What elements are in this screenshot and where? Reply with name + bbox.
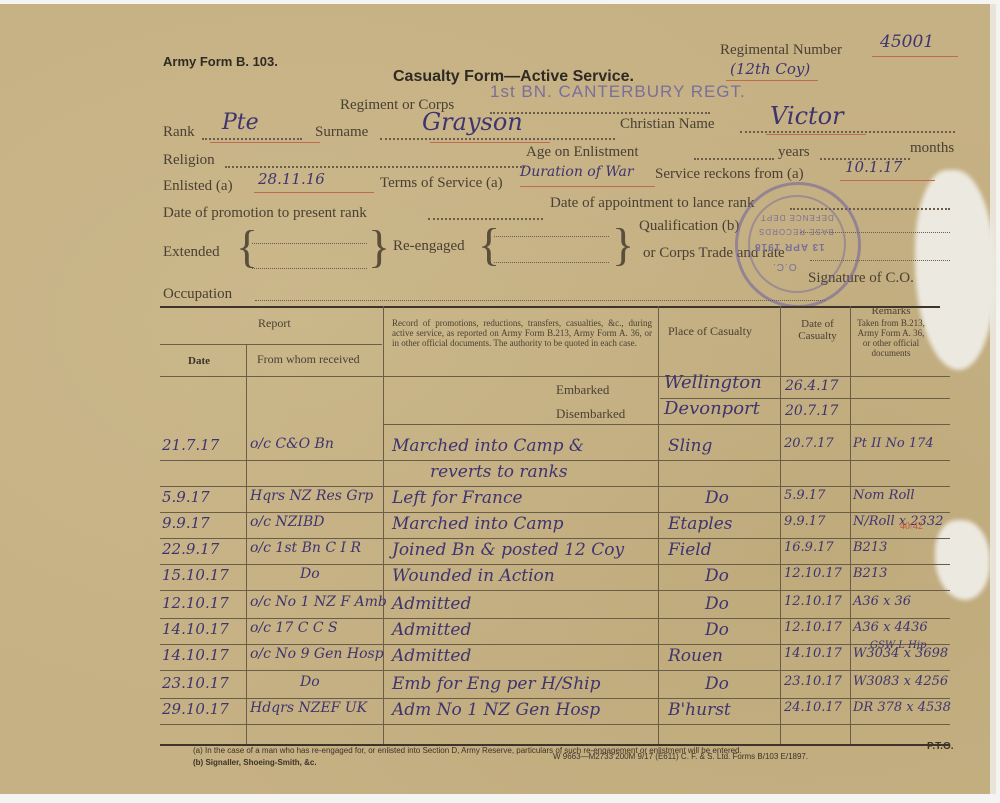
disembarked-date: 20.7.17 [785,403,838,419]
cell-record: Emb for Eng per H/Ship [392,674,600,694]
reengaged-label: Re-engaged [393,238,465,255]
months-label: months [910,140,954,157]
cell-record: Left for France [392,488,523,508]
underline [430,142,550,143]
column-divider [850,306,851,744]
row-divider [160,644,950,645]
underline [766,134,866,135]
cell-date: 12.10.17 [162,594,229,612]
cell-date-cas: 14.10.17 [784,646,842,661]
cell-place: Etaples [668,514,732,534]
row-divider [384,424,950,425]
cell-from: Hqrs NZ Res Grp [250,488,373,504]
surname-value: Grayson [422,108,523,136]
cell-remarks: N/Roll x 2332 [853,514,943,529]
table-top-border [160,306,940,308]
brace: } [612,222,634,268]
cell-from: Do [300,674,320,690]
cell-date-cas: 12.10.17 [784,566,842,581]
row-divider [160,538,950,539]
dotted-line [225,166,525,168]
cell-date: 21.7.17 [162,436,219,454]
cell-date-cas: 12.10.17 [784,620,842,635]
cell-remarks: Pt II No 174 [853,436,934,451]
cell-from: Do [300,566,320,582]
dotted-line [494,236,609,237]
regimental-number-value: 45001 [880,32,934,52]
embarked-place: Wellington [664,372,762,393]
company-annotation: (12th Coy) [730,60,810,78]
footnote-b: (b) Signaller, Shoeing-Smith, &c. [193,758,317,767]
header-date-casualty: Date of Casualty [790,318,845,342]
underline [254,192,374,193]
row-divider [160,698,950,699]
cell-date-cas: 16.9.17 [784,540,834,555]
disembarked-label: Disembarked [556,406,625,422]
cell-from: o/c C&O Bn [250,436,334,452]
qualification-label: Qualification (b) [639,218,739,235]
row-divider [160,460,950,461]
cell-date: 15.10.17 [162,566,229,584]
records-stamp: DEFENCE DEPT BASE RECORDS 13 APR 1918 O.… [735,182,861,308]
embarked-date: 26.4.17 [785,378,838,394]
cell-remarks: Nom Roll [853,488,915,503]
header-record: Record of promotions, reductions, transf… [392,318,652,348]
terms-value: Duration of War [520,164,634,180]
cell-place: B'hurst [668,700,731,720]
row-divider [160,512,950,513]
religion-label: Religion [163,152,215,169]
cell-place: Do [705,594,729,614]
reckons-label: Service reckons from (a) [655,166,804,183]
underline [520,186,655,187]
embarked-label: Embarked [556,382,609,398]
stamp-date: 13 APR 1918 [754,241,825,252]
cell-from: Hdqrs NZEF UK [250,700,367,716]
red-note: 40/42 [900,522,923,532]
lance-rank-label: Date of appointment to lance rank [550,195,755,212]
header-report: Report [258,316,291,331]
regimental-number-label: Regimental Number [720,42,842,59]
paper-edge [990,4,996,794]
cell-date: 9.9.17 [162,514,210,532]
army-form-number: Army Form B. 103. [163,54,278,69]
christian-name-value: Victor [770,102,844,130]
christian-name-label: Christian Name [620,116,715,133]
dotted-line [252,268,367,269]
years-label: years [778,144,810,161]
row-divider [160,724,950,725]
cell-record: Marched into Camp & [392,436,584,456]
enlisted-label: Enlisted (a) [163,178,233,195]
cell-remarks: B213 [853,566,887,581]
header-remarks: Taken from B.213, Army Form A. 36, or ot… [856,318,926,358]
dotted-line [202,138,302,140]
occupation-label: Occupation [163,286,232,303]
underline [872,56,958,57]
rank-value: Pte [222,110,259,135]
cell-from: o/c No 9 Gen Hosp [250,646,384,662]
underline [840,180,935,181]
cell-record: Adm No 1 NZ Gen Hosp [392,700,600,720]
cell-date: 23.10.17 [162,674,229,692]
surname-label: Surname [315,124,368,141]
cell-record: Wounded in Action [392,566,555,586]
cell-date-cas: 12.10.17 [784,594,842,609]
printer-info: W 9663—M2733 200M 9/17 (E611) C. F. & S.… [553,752,808,761]
dotted-line [694,158,774,160]
cell-from: o/c No 1 NZ F Amb [250,594,387,610]
cell-record: Admitted [392,620,471,640]
cell-date: 29.10.17 [162,700,229,718]
cell-record: Admitted [392,646,471,666]
brace: { [236,224,258,270]
column-divider [658,306,659,744]
stamp-text: BASE RECORDS [758,227,834,236]
cell-date-cas: 20.7.17 [784,436,834,451]
dotted-line [255,300,825,301]
cell-date-cas: 9.9.17 [784,514,825,529]
cell-remarks: A36 x 4436 [853,620,928,635]
row-divider [160,670,950,671]
cell-date-cas: 24.10.17 [784,700,842,715]
cell-record: Admitted [392,594,471,614]
dotted-line [490,112,710,114]
cell-place: Rouen [668,646,723,666]
cell-remarks: W3083 x 4256 [853,674,948,689]
cell-remarks: B213 [853,540,887,555]
header-place: Place of Casualty [668,324,752,339]
cell-date-cas: 5.9.17 [784,488,825,503]
dotted-line [252,243,367,244]
cell-date: 22.9.17 [162,540,219,558]
cell-date: 14.10.17 [162,646,229,664]
row-divider [160,344,382,345]
cell-from: o/c 1st Bn C I R [250,540,361,556]
stamp-text: DEFENCE DEPT [760,213,834,222]
cell-place: Field [668,540,712,560]
row-divider [160,590,950,591]
header-remarks-title: Remarks [856,306,926,316]
reckons-value: 10.1.17 [845,158,902,176]
cell-date: 14.10.17 [162,620,229,638]
rank-label: Rank [163,124,195,141]
cell-record: reverts to ranks [430,462,568,482]
column-divider [246,344,247,744]
remark-note: GSW L Hip [870,640,926,651]
cell-place: Do [705,488,729,508]
cell-remarks: A36 x 36 [853,594,911,609]
underline [726,80,818,81]
row-divider [160,618,950,619]
cell-from: o/c 17 C C S [250,620,338,636]
cell-record: Joined Bn & posted 12 Coy [392,540,624,560]
regiment-stamp: 1st BN. CANTERBURY REGT. [490,82,746,102]
age-label: Age on Enlistment [526,144,639,161]
header-date: Date [188,355,210,367]
column-divider [383,306,384,744]
disembarked-place: Devonport [664,398,760,419]
terms-label: Terms of Service (a) [380,175,503,192]
cell-record: Marched into Camp [392,514,564,534]
stamp-text: O.C. [772,261,797,272]
cell-place: Sling [668,436,712,456]
cell-date: 5.9.17 [162,488,210,506]
cell-remarks: DR 378 x 4538 [853,700,951,715]
header-bottom-border [160,376,950,377]
cell-place: Do [705,674,729,694]
dotted-line [740,131,955,133]
enlisted-value: 28.11.16 [258,170,325,188]
cell-from: o/c NZIBD [250,514,324,530]
cell-date-cas: 23.10.17 [784,674,842,689]
extended-label: Extended [163,244,220,261]
pto-label: P.T.O. [927,741,954,752]
promotion-label: Date of promotion to present rank [163,205,367,222]
brace: } [368,224,390,270]
row-divider [160,486,950,487]
header-from-whom: From whom received [257,352,360,367]
row-divider [160,564,950,565]
cell-place: Do [705,566,729,586]
underline [210,142,320,143]
cell-place: Do [705,620,729,640]
dotted-line [494,262,609,263]
dotted-line [380,138,615,140]
column-divider [780,306,781,744]
